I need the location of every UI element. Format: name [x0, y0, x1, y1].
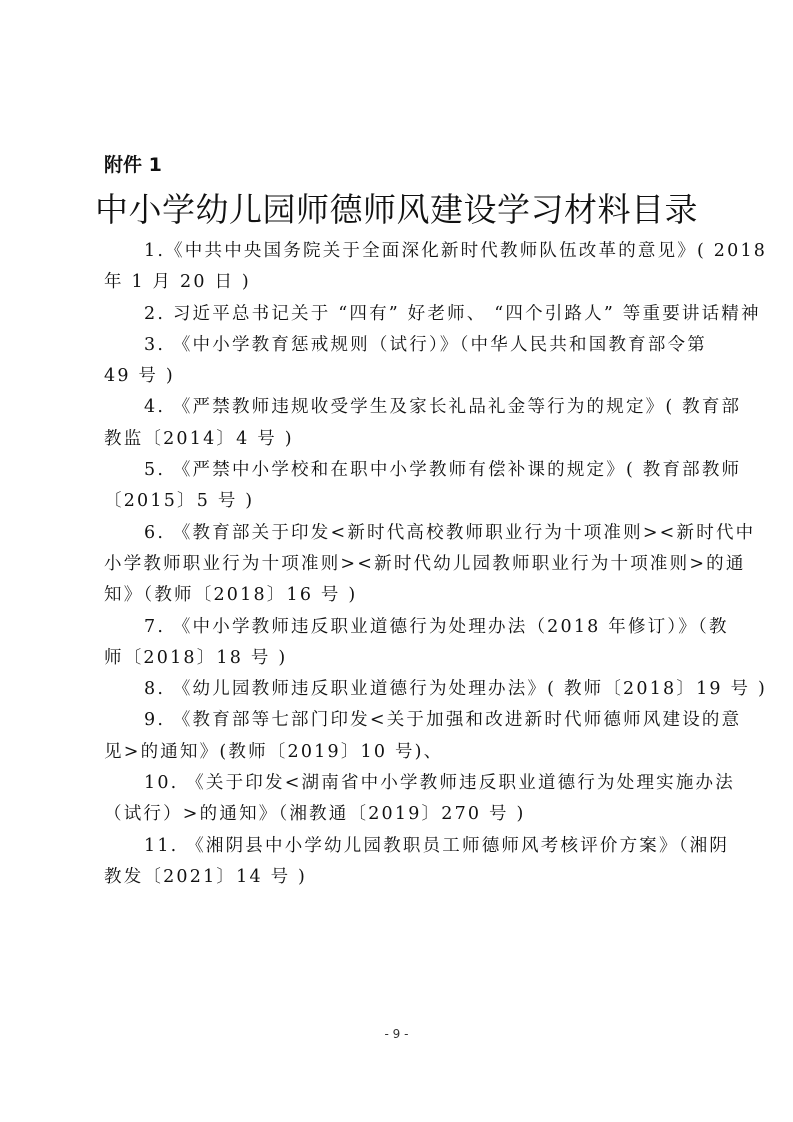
item-line: 6. 《教育部关于印发<新时代高校教师职业行为十项准则><新时代中 — [104, 518, 694, 549]
item-line: 5. 《严禁中小学校和在职中小学教师有偿补课的规定》( 教育部教师 — [104, 455, 694, 486]
list-item: 8. 《幼儿园教师违反职业道德行为处理办法》( 教师〔2018〕19 号 ) — [104, 674, 694, 705]
item-line: 小学教师职业行为十项准则><新时代幼儿园教师职业行为十项准则>的通 — [104, 549, 694, 580]
document-page: 附件 1 中小学幼儿园师德师风建设学习材料目录 1.《中共中央国务院关于全面深化… — [0, 0, 793, 1122]
item-line: 7. 《中小学教师违反职业道德行为处理办法（2018 年修订）》（教 — [104, 612, 694, 643]
item-line: 〔2015〕5 号 ) — [104, 486, 694, 517]
item-line: 9. 《教育部等七部门印发<关于加强和改进新时代师德师风建设的意 — [104, 705, 694, 736]
list-item: 1.《中共中央国务院关于全面深化新时代教师队伍改革的意见》( 2018 年 1 … — [104, 236, 694, 299]
item-line: 2. 习近平总书记关于 “四有” 好老师、 “四个引路人” 等重要讲话精神 — [104, 299, 694, 330]
list-item: 7. 《中小学教师违反职业道德行为处理办法（2018 年修订）》（教 师〔201… — [104, 612, 694, 675]
list-item: 6. 《教育部关于印发<新时代高校教师职业行为十项准则><新时代中 小学教师职业… — [104, 518, 694, 612]
item-line: （试行）>的通知》（湘教通〔2019〕270 号 ) — [104, 799, 694, 830]
item-line: 见>的通知》(教师〔2019〕10 号)、 — [104, 737, 694, 768]
page-number: - 9 - — [0, 1027, 793, 1041]
item-line: 教监〔2014〕4 号 ) — [104, 424, 694, 455]
list-item: 10. 《关于印发<湖南省中小学教师违反职业道德行为处理实施办法 （试行）>的通… — [104, 768, 694, 831]
list-item: 9. 《教育部等七部门印发<关于加强和改进新时代师德师风建设的意 见>的通知》(… — [104, 705, 694, 768]
item-line: 10. 《关于印发<湖南省中小学教师违反职业道德行为处理实施办法 — [104, 768, 694, 799]
attachment-label: 附件 1 — [104, 150, 162, 177]
list-item: 11. 《湘阴县中小学幼儿园教职员工师德师风考核评价方案》（湘阴 教发〔2021… — [104, 831, 694, 894]
list-item: 2. 习近平总书记关于 “四有” 好老师、 “四个引路人” 等重要讲话精神 — [104, 299, 694, 330]
item-line: 4. 《严禁教师违规收受学生及家长礼品礼金等行为的规定》( 教育部 — [104, 392, 694, 423]
list-item: 3. 《中小学教育惩戒规则（试行）》（中华人民共和国教育部令第 49 号 ) — [104, 330, 694, 393]
item-line: 师〔2018〕18 号 ) — [104, 643, 694, 674]
item-line: 知》（教师〔2018〕16 号 ) — [104, 580, 694, 611]
materials-list: 1.《中共中央国务院关于全面深化新时代教师队伍改革的意见》( 2018 年 1 … — [104, 236, 694, 893]
item-line: 1.《中共中央国务院关于全面深化新时代教师队伍改革的意见》( 2018 — [104, 236, 694, 267]
item-line: 11. 《湘阴县中小学幼儿园教职员工师德师风考核评价方案》（湘阴 — [104, 831, 694, 862]
item-line: 3. 《中小学教育惩戒规则（试行）》（中华人民共和国教育部令第 — [104, 330, 694, 361]
list-item: 4. 《严禁教师违规收受学生及家长礼品礼金等行为的规定》( 教育部 教监〔201… — [104, 392, 694, 455]
item-line: 8. 《幼儿园教师违反职业道德行为处理办法》( 教师〔2018〕19 号 ) — [104, 674, 694, 705]
item-line: 49 号 ) — [104, 361, 694, 392]
item-line: 年 1 月 20 日 ) — [104, 267, 694, 298]
item-line: 教发〔2021〕14 号 ) — [104, 862, 694, 893]
list-item: 5. 《严禁中小学校和在职中小学教师有偿补课的规定》( 教育部教师 〔2015〕… — [104, 455, 694, 518]
document-title: 中小学幼儿园师德师风建设学习材料目录 — [0, 184, 793, 231]
